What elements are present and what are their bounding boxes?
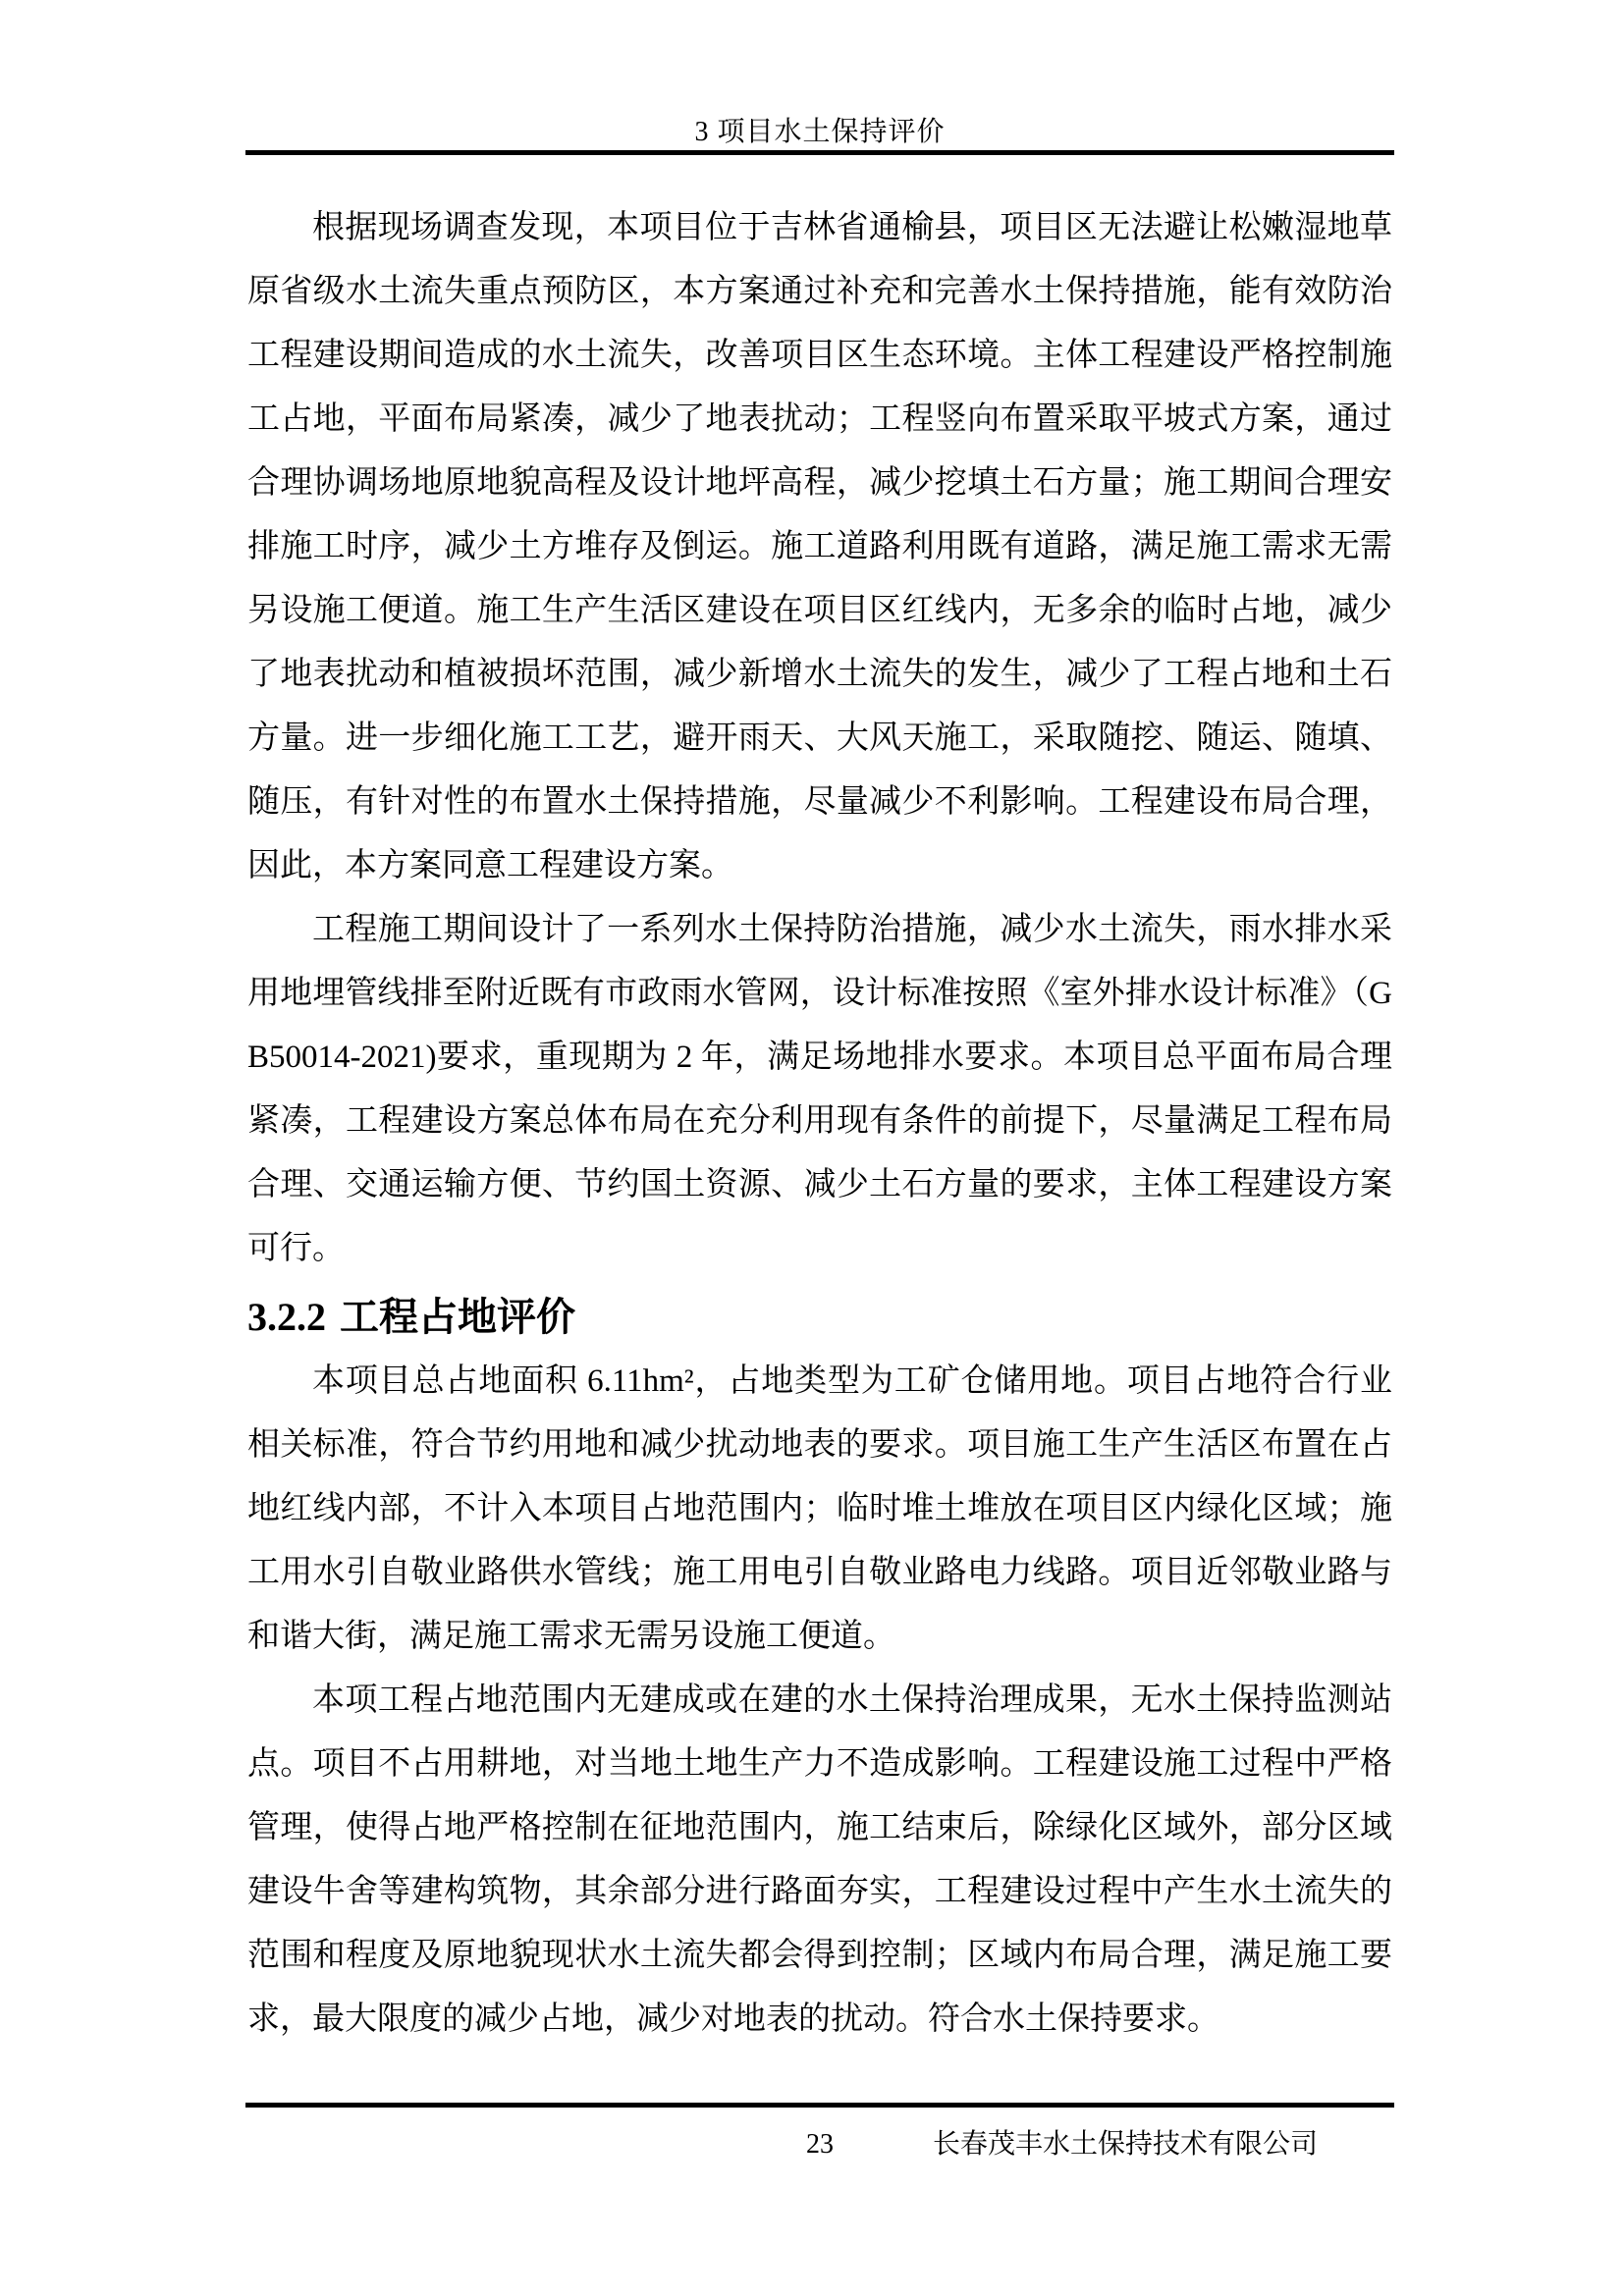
section-number: 3.2.2	[247, 1295, 326, 1339]
page-header-title: 3 项目水土保持评价	[245, 117, 1394, 148]
paragraph-land-impact-control: 本项工程占地范围内无建成或在建的水土保持治理成果，无水土保持监测站点。项目不占用…	[247, 1669, 1392, 2052]
footer-company-name: 长春茂丰水土保持技术有限公司	[933, 2128, 1318, 2162]
footer-rule	[245, 2103, 1394, 2108]
section-heading: 3.2.2工程占地评价	[247, 1285, 1392, 1350]
paragraph-land-occupation: 本项目总占地面积 6.11hm²，占地类型为工矿仓储用地。项目占地符合行业相关标…	[247, 1350, 1392, 1669]
header-rule	[245, 150, 1394, 155]
section-title: 工程占地评价	[340, 1295, 575, 1339]
paragraph-site-survey-evaluation: 根据现场调查发现，本项目位于吉林省通榆县，项目区无法避让松嫩湿地草原省级水土流失…	[247, 196, 1392, 898]
document-page: 3 项目水土保持评价 根据现场调查发现，本项目位于吉林省通榆县，项目区无法避让松…	[0, 0, 1624, 2296]
paragraph-construction-drainage-design: 工程施工期间设计了一系列水土保持防治措施，减少水土流失，雨水排水采用地埋管线排至…	[247, 898, 1392, 1281]
document-body: 根据现场调查发现，本项目位于吉林省通榆县，项目区无法避让松嫩湿地草原省级水土流失…	[247, 196, 1392, 2052]
